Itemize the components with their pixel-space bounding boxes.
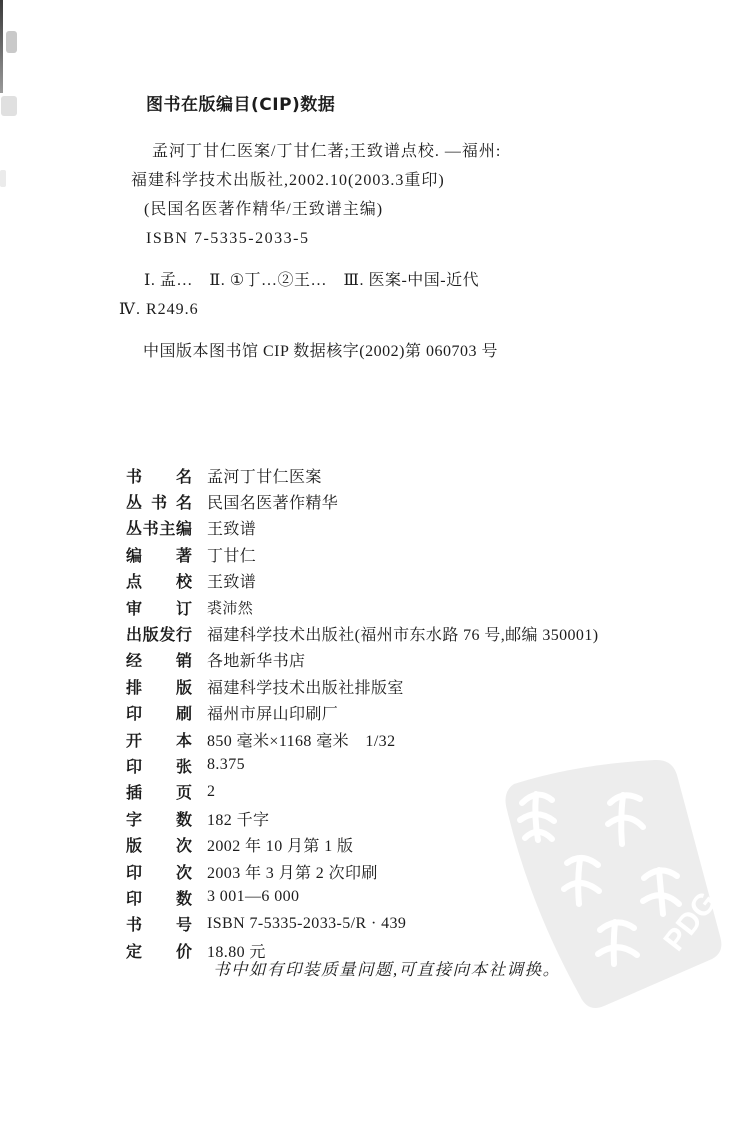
colophon-row-label: 丛书名 bbox=[126, 490, 192, 513]
colophon-row-label: 版次 bbox=[126, 833, 192, 856]
colophon-row-label: 审订 bbox=[126, 596, 192, 619]
colophon-row: 丛书主编 王致谱 bbox=[126, 515, 598, 541]
cip-record-number: 中国版本图书馆 CIP 数据核字(2002)第 060703 号 bbox=[143, 343, 498, 361]
cip-title-statement: 孟河丁甘仁医案/丁甘仁著;王致谱点校. —福州: bbox=[152, 143, 501, 161]
colophon-row-value: 王致谱 bbox=[207, 569, 256, 592]
colophon-row-value: 王致谱 bbox=[207, 516, 256, 539]
colophon-row-value: 2 bbox=[207, 783, 215, 801]
colophon-row-label: 定价 bbox=[126, 939, 192, 962]
scan-artifact-blob bbox=[0, 170, 6, 187]
colophon-row: 丛书名 民国名医著作精华 bbox=[126, 488, 598, 514]
cip-heading: 图书在版编目(CIP)数据 bbox=[146, 96, 335, 116]
cip-class-number: Ⅳ. R249.6 bbox=[119, 301, 199, 319]
colophon-row-label: 编著 bbox=[126, 543, 192, 566]
colophon-row-value: 8.375 bbox=[207, 756, 245, 774]
colophon-row-label: 丛书主编 bbox=[126, 516, 192, 539]
colophon-row: 书名 孟河丁甘仁医案 bbox=[126, 462, 598, 488]
colophon-row-value: 丁甘仁 bbox=[207, 543, 256, 566]
colophon-row: 经销 各地新华书店 bbox=[126, 647, 598, 673]
colophon-row: 印刷 福州市屏山印刷厂 bbox=[126, 700, 598, 726]
colophon-row: 审订 裘沛然 bbox=[126, 594, 598, 620]
colophon-row-value: 孟河丁甘仁医案 bbox=[207, 464, 322, 487]
scan-artifact-blob bbox=[1, 96, 17, 116]
colophon-row-value: 2002 年 10 月第 1 版 bbox=[207, 833, 353, 856]
scan-artifact-edge-line bbox=[0, 0, 3, 93]
colophon-row: 点校 王致谱 bbox=[126, 568, 598, 594]
colophon-row-value: 福州市屏山印刷厂 bbox=[207, 701, 338, 724]
scan-artifact-blob bbox=[6, 31, 17, 53]
pdg-watermark-stamp: PDG bbox=[472, 748, 732, 1028]
colophon-row-label: 经销 bbox=[126, 648, 192, 671]
cip-publisher-line: 福建科学技术出版社,2002.10(2003.3重印) bbox=[131, 172, 445, 190]
colophon-row-label: 开本 bbox=[126, 728, 192, 751]
colophon-row-label: 出版发行 bbox=[126, 622, 192, 645]
colophon-row-value: 福建科学技术出版社(福州市东水路 76 号,邮编 350001) bbox=[207, 622, 598, 645]
colophon-row-value: 各地新华书店 bbox=[207, 648, 305, 671]
cip-isbn-line: ISBN 7-5335-2033-5 bbox=[146, 230, 309, 248]
colophon-row-value: 裘沛然 bbox=[207, 597, 253, 618]
colophon-row-value: 3 001—6 000 bbox=[207, 888, 299, 906]
colophon-row-label: 插页 bbox=[126, 780, 192, 803]
colophon-row-label: 点校 bbox=[126, 569, 192, 592]
colophon-row-value: 福建科学技术出版社排版室 bbox=[207, 675, 404, 698]
colophon-row-label: 书号 bbox=[126, 912, 192, 935]
colophon-row-value: 182 千字 bbox=[207, 807, 269, 830]
book-copyright-page: { "page": { "background": "#ffffff", "te… bbox=[0, 0, 738, 1122]
colophon-row-label: 印张 bbox=[126, 754, 192, 777]
colophon-row: 排版 福建科学技术出版社排版室 bbox=[126, 673, 598, 699]
colophon-row-label: 字数 bbox=[126, 807, 192, 830]
colophon-row-value: 18.80 元 bbox=[207, 939, 266, 962]
cip-classification-line: Ⅰ. 孟… Ⅱ. ①丁…②王… Ⅲ. 医案-中国-近代 bbox=[144, 272, 479, 290]
colophon-row-value: 2003 年 3 月第 2 次印刷 bbox=[207, 860, 378, 883]
colophon-row-label: 印数 bbox=[126, 886, 192, 909]
cip-series-line: (民国名医著作精华/王致谱主编) bbox=[144, 201, 383, 219]
colophon-row-value: 850 毫米×1168 毫米 1/32 bbox=[207, 728, 395, 751]
colophon-row-value: ISBN 7-5335-2033-5/R · 439 bbox=[207, 915, 406, 933]
colophon-row-label: 印次 bbox=[126, 860, 192, 883]
colophon-row-label: 印刷 bbox=[126, 701, 192, 724]
colophon-row-label: 排版 bbox=[126, 675, 192, 698]
colophon-row-label: 书名 bbox=[126, 464, 192, 487]
colophon-row-value: 民国名医著作精华 bbox=[207, 490, 338, 513]
colophon-row: 出版发行 福建科学技术出版社(福州市东水路 76 号,邮编 350001) bbox=[126, 620, 598, 646]
colophon-row: 编著 丁甘仁 bbox=[126, 541, 598, 567]
